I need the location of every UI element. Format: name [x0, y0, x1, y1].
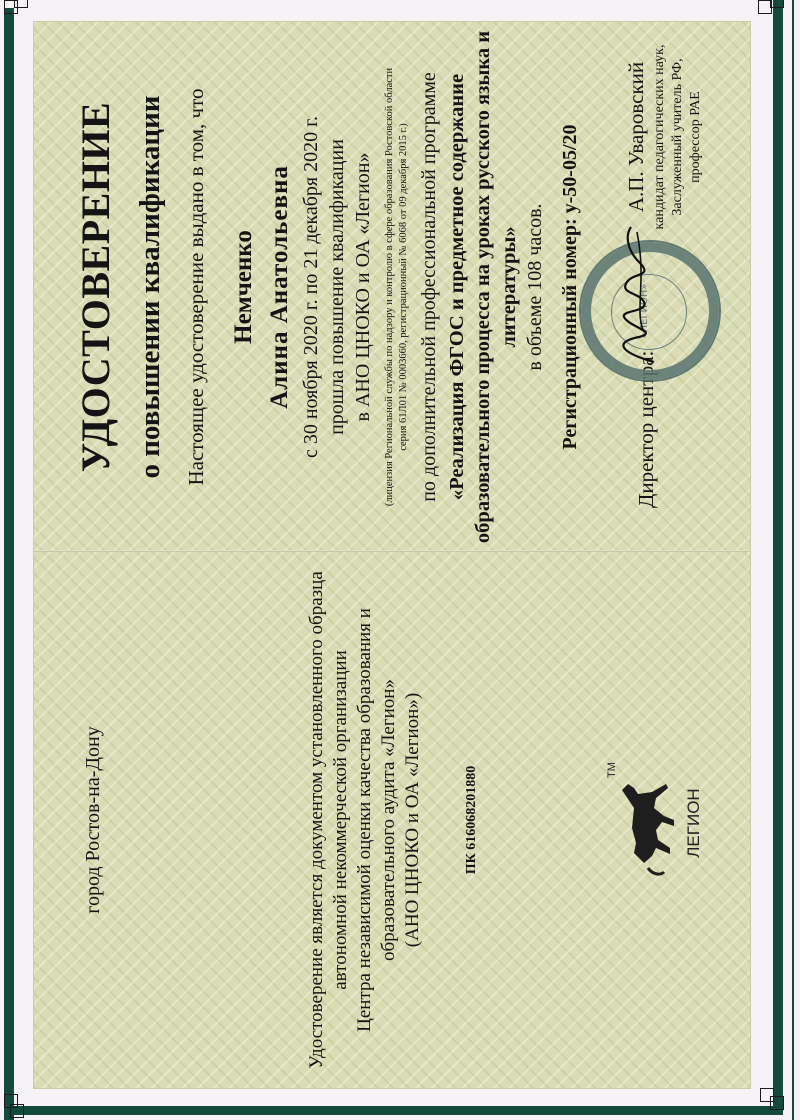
intro-text: Настоящее удостоверение выдано в том, чт… [184, 22, 209, 552]
certificate-paper: УДОСТОВЕРЕНИЕ о повышении квалификации Н… [34, 22, 750, 1088]
registration-number: Регистрационный номер: у-50-05/20 [559, 22, 582, 552]
certificate-content: УДОСТОВЕРЕНИЕ о повышении квалификации Н… [34, 22, 750, 1088]
serial-number: ПК 616068201880 [464, 552, 480, 1088]
certificate-title: УДОСТОВЕРЕНИЕ [72, 22, 119, 552]
program-title-line-1: «Реализация ФГОС и предметное содержание [446, 2, 469, 572]
frame-thin-line-right [792, 0, 794, 1120]
license-line-1: (лицензия Региональной службы по надзору… [384, 22, 395, 552]
program-title-line-3: литературы» [498, 2, 521, 572]
license-line-2: серия 61Л01 № 0003660, регистрационный №… [398, 22, 409, 552]
statement-line-3: Центра независимой оценки качества образ… [354, 552, 376, 1088]
recipient-given-names: Алина Анатольевна [266, 22, 294, 552]
frame-corner-ornament [770, 0, 784, 8]
statement-line-5: (АНО ЦНОКО и ОА «Легион») [402, 552, 424, 1088]
frame-corner-ornament [770, 1096, 784, 1110]
completion-text: прошла повышение квалификации [326, 22, 349, 552]
statement-line-2: автономной некоммерческой организации [330, 552, 352, 1088]
trademark-symbol: TM [606, 762, 618, 778]
course-hours: в объеме 108 часов. [524, 22, 547, 552]
logo-text: ЛЕГИОН [684, 758, 704, 888]
frame-corner-ornament [14, 0, 28, 8]
frame-border-right [773, 0, 783, 1112]
director-position: профессор РАЕ [688, 27, 704, 247]
statement-line-1: Удостоверение является документом устано… [306, 552, 328, 1088]
director-honor: Заслуженный учитель РФ, [670, 27, 686, 247]
program-title-line-2: образовательного процесса на уроках русс… [472, 2, 495, 572]
recipient-surname: Немченко [230, 22, 258, 552]
certificate-subtitle: о повышении квалификации [134, 22, 167, 552]
issue-city: город Ростов-на-Дону [82, 552, 105, 1088]
frame-border-bottom [4, 1106, 783, 1115]
director-degree: кандидат педагогических наук, [652, 27, 668, 247]
frame-corner-ornament [10, 1104, 24, 1118]
certificate-main-page: УДОСТОВЕРЕНИЕ о повышении квалификации Н… [34, 22, 750, 552]
director-name: А.П. Уваровский [624, 27, 649, 247]
course-dates: с 30 ноября 2020 г. по 21 декабря 2020 г… [300, 22, 323, 552]
statement-line-4: образовательного аудита «Легион» [378, 552, 400, 1088]
frame-border-left [4, 8, 14, 1120]
certificate-back-page: город Ростов-на-Дону Удостоверение являе… [34, 552, 750, 1088]
organization-name: в АНО ЦНОКО и ОА «Легион» [352, 22, 375, 552]
program-intro: по дополнительной профессиональной прогр… [418, 22, 441, 552]
